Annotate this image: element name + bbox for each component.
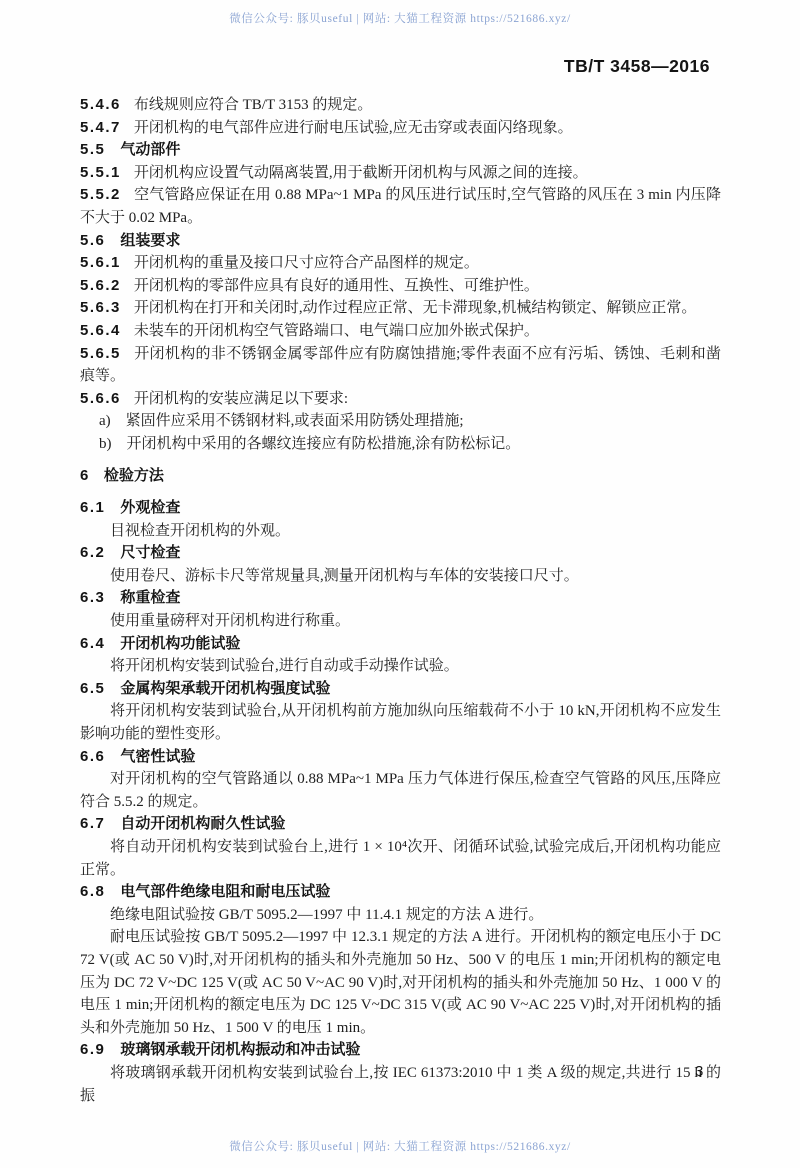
clause-number: 5.6 xyxy=(80,232,105,249)
page-number: 3 xyxy=(695,1063,703,1080)
heading-5.5: 5.5气动部件 xyxy=(80,139,721,162)
clause-text: 对开闭机构的空气管路通以 0.88 MPa~1 MPa 压力气体进行保压,检查空… xyxy=(80,771,721,810)
clause-5.6.1: 5.6.1开闭机构的重量及接口尺寸应符合产品图样的规定。 xyxy=(80,252,721,275)
clause-number: 6 xyxy=(80,467,90,484)
clause-number: 6.7 xyxy=(80,815,105,832)
list-b: b)开闭机构中采用的各螺纹连接应有防松措施,涂有防松标记。 xyxy=(80,433,721,456)
paragraph: 将自动开闭机构安装到试验台上,进行 1 × 10⁴次开、闭循环试验,试验完成后,… xyxy=(80,836,721,881)
heading-6.4: 6.4开闭机构功能试验 xyxy=(80,633,721,656)
paragraph: 将开闭机构安装到试验台,从开闭机构前方施加纵向压缩载荷不小于 10 kN,开闭机… xyxy=(80,700,721,745)
clause-text: 开闭机构的安装应满足以下要求: xyxy=(134,391,348,407)
heading-6.3: 6.3称重检查 xyxy=(80,587,721,610)
watermark-top: 微信公众号: 豚贝useful | 网站: 大猫工程资源 https://521… xyxy=(0,10,800,26)
clause-text: 组装要求 xyxy=(120,232,180,249)
clause-number: 6.4 xyxy=(80,635,105,652)
clause-text: 气动部件 xyxy=(120,141,180,158)
clause-text: 开闭机构中采用的各螺纹连接应有防松措施,涂有防松标记。 xyxy=(127,436,521,452)
clause-number: 6.2 xyxy=(80,544,105,561)
heading-6.8: 6.8电气部件绝缘电阻和耐电压试验 xyxy=(80,881,721,904)
paragraph: 使用重量磅秤对开闭机构进行称重。 xyxy=(80,610,721,633)
clause-text: 外观检查 xyxy=(120,499,180,516)
clause-number: 5.4.6 xyxy=(80,96,121,113)
clause-text: 绝缘电阻试验按 GB/T 5095.2—1997 中 11.4.1 规定的方法 … xyxy=(110,907,543,923)
clause-number: 6.3 xyxy=(80,589,105,606)
clause-text: 气密性试验 xyxy=(120,748,195,765)
clause-text: 目视检查开闭机构的外观。 xyxy=(110,523,290,539)
clause-5.4.7: 5.4.7开闭机构的电气部件应进行耐电压试验,应无击穿或表面闪络现象。 xyxy=(80,117,721,140)
clause-number: 5.4.7 xyxy=(80,119,121,136)
clause-text: 玻璃钢承载开闭机构振动和冲击试验 xyxy=(120,1041,360,1058)
clause-number: 6.9 xyxy=(80,1041,105,1058)
clause-number: 5.6.3 xyxy=(80,299,121,316)
clause-text: 使用卷尺、游标卡尺等常规量具,测量开闭机构与车体的安装接口尺寸。 xyxy=(110,568,579,584)
paragraph: 对开闭机构的空气管路通以 0.88 MPa~1 MPa 压力气体进行保压,检查空… xyxy=(80,768,721,813)
heading-5.6: 5.6组装要求 xyxy=(80,230,721,253)
clause-text: 布线规则应符合 TB/T 3153 的规定。 xyxy=(134,97,372,113)
clause-text: 使用重量磅秤对开闭机构进行称重。 xyxy=(110,613,350,629)
clause-5.4.6: 5.4.6布线规则应符合 TB/T 3153 的规定。 xyxy=(80,94,721,117)
clause-5.5.2: 5.5.2空气管路应保证在用 0.88 MPa~1 MPa 的风压进行试压时,空… xyxy=(80,184,721,229)
clause-5.5.1: 5.5.1开闭机构应设置气动隔离装置,用于截断开闭机构与风源之间的连接。 xyxy=(80,162,721,185)
heading-6.5: 6.5金属构架承载开闭机构强度试验 xyxy=(80,678,721,701)
clause-number: 6.8 xyxy=(80,883,105,900)
clause-text: 自动开闭机构耐久性试验 xyxy=(120,815,285,832)
paragraph: 绝缘电阻试验按 GB/T 5095.2—1997 中 11.4.1 规定的方法 … xyxy=(80,904,721,927)
paragraph: 将玻璃钢承载开闭机构安装到试验台上,按 IEC 61373:2010 中 1 类… xyxy=(80,1062,721,1107)
clause-5.6.5: 5.6.5开闭机构的非不锈钢金属零部件应有防腐蚀措施;零件表面不应有污垢、锈蚀、… xyxy=(80,343,721,388)
clause-text: 开闭机构在打开和关闭时,动作过程应正常、无卡滞现象,机械结构锁定、解锁应正常。 xyxy=(134,300,697,316)
standard-number-header: TB/T 3458—2016 xyxy=(564,56,710,77)
clause-text: 将自动开闭机构安装到试验台上,进行 1 × 10⁴次开、闭循环试验,试验完成后,… xyxy=(80,839,721,878)
clause-number: 6.1 xyxy=(80,499,105,516)
clause-number: 6.6 xyxy=(80,748,105,765)
clause-number: 5.6.6 xyxy=(80,390,121,407)
chapter-6: 6检验方法 xyxy=(80,465,721,488)
clause-text: 将开闭机构安装到试验台,进行自动或手动操作试验。 xyxy=(110,658,459,674)
clause-text: 开闭机构应设置气动隔离装置,用于截断开闭机构与风源之间的连接。 xyxy=(134,165,588,181)
clause-text: 未装车的开闭机构空气管路端口、电气端口应加外嵌式保护。 xyxy=(134,323,539,339)
list-a: a)紧固件应采用不锈钢材料,或表面采用防锈处理措施; xyxy=(80,410,721,433)
clause-text: 金属构架承载开闭机构强度试验 xyxy=(120,680,330,697)
clause-text: 开闭机构的零部件应具有良好的通用性、互换性、可维护性。 xyxy=(134,278,539,294)
clause-text: 开闭机构功能试验 xyxy=(120,635,240,652)
clause-number: 5.5.1 xyxy=(80,164,121,181)
clause-text: 检验方法 xyxy=(104,467,164,484)
clause-text: 称重检查 xyxy=(120,589,180,606)
clause-text: 尺寸检查 xyxy=(120,544,180,561)
heading-6.6: 6.6气密性试验 xyxy=(80,746,721,769)
paragraph: 目视检查开闭机构的外观。 xyxy=(80,520,721,543)
clause-text: 将开闭机构安装到试验台,从开闭机构前方施加纵向压缩载荷不小于 10 kN,开闭机… xyxy=(80,703,721,742)
clause-number: 5.6.4 xyxy=(80,322,121,339)
paragraph: 耐电压试验按 GB/T 5095.2—1997 中 12.3.1 规定的方法 A… xyxy=(80,926,721,1039)
heading-6.9: 6.9玻璃钢承载开闭机构振动和冲击试验 xyxy=(80,1039,721,1062)
clause-number: 5.6.1 xyxy=(80,254,121,271)
clause-5.6.4: 5.6.4未装车的开闭机构空气管路端口、电气端口应加外嵌式保护。 xyxy=(80,320,721,343)
clause-number: 5.5 xyxy=(80,141,105,158)
clause-text: 将玻璃钢承载开闭机构安装到试验台上,按 IEC 61373:2010 中 1 类… xyxy=(80,1065,721,1104)
clause-number: 6.5 xyxy=(80,680,105,697)
clause-number: 5.5.2 xyxy=(80,186,121,203)
clause-number: 5.6.5 xyxy=(80,345,121,362)
clause-5.6.6: 5.6.6开闭机构的安装应满足以下要求: xyxy=(80,388,721,411)
heading-6.1: 6.1外观检查 xyxy=(80,497,721,520)
list-label: b) xyxy=(99,436,112,452)
clause-5.6.3: 5.6.3开闭机构在打开和关闭时,动作过程应正常、无卡滞现象,机械结构锁定、解锁… xyxy=(80,297,721,320)
clause-text: 空气管路应保证在用 0.88 MPa~1 MPa 的风压进行试压时,空气管路的风… xyxy=(80,187,721,226)
list-label: a) xyxy=(99,413,111,429)
clause-5.6.2: 5.6.2开闭机构的零部件应具有良好的通用性、互换性、可维护性。 xyxy=(80,275,721,298)
clause-text: 紧固件应采用不锈钢材料,或表面采用防锈处理措施; xyxy=(126,413,464,429)
heading-6.2: 6.2尺寸检查 xyxy=(80,542,721,565)
scanned-document-page: { "watermark": { "top": "微信公众号: 豚贝useful… xyxy=(0,0,800,1168)
clause-text: 开闭机构的电气部件应进行耐电压试验,应无击穿或表面闪络现象。 xyxy=(134,120,573,136)
clause-text: 耐电压试验按 GB/T 5095.2—1997 中 12.3.1 规定的方法 A… xyxy=(80,929,721,1035)
clause-number: 5.6.2 xyxy=(80,277,121,294)
document-body: 5.4.6布线规则应符合 TB/T 3153 的规定。5.4.7开闭机构的电气部… xyxy=(80,94,721,1107)
clause-text: 电气部件绝缘电阻和耐电压试验 xyxy=(120,883,330,900)
heading-6.7: 6.7自动开闭机构耐久性试验 xyxy=(80,813,721,836)
clause-text: 开闭机构的非不锈钢金属零部件应有防腐蚀措施;零件表面不应有污垢、锈蚀、毛刺和凿痕… xyxy=(80,346,721,385)
watermark-bottom: 微信公众号: 豚贝useful | 网站: 大猫工程资源 https://521… xyxy=(0,1138,800,1154)
paragraph: 使用卷尺、游标卡尺等常规量具,测量开闭机构与车体的安装接口尺寸。 xyxy=(80,565,721,588)
clause-text: 开闭机构的重量及接口尺寸应符合产品图样的规定。 xyxy=(134,255,479,271)
paragraph: 将开闭机构安装到试验台,进行自动或手动操作试验。 xyxy=(80,655,721,678)
